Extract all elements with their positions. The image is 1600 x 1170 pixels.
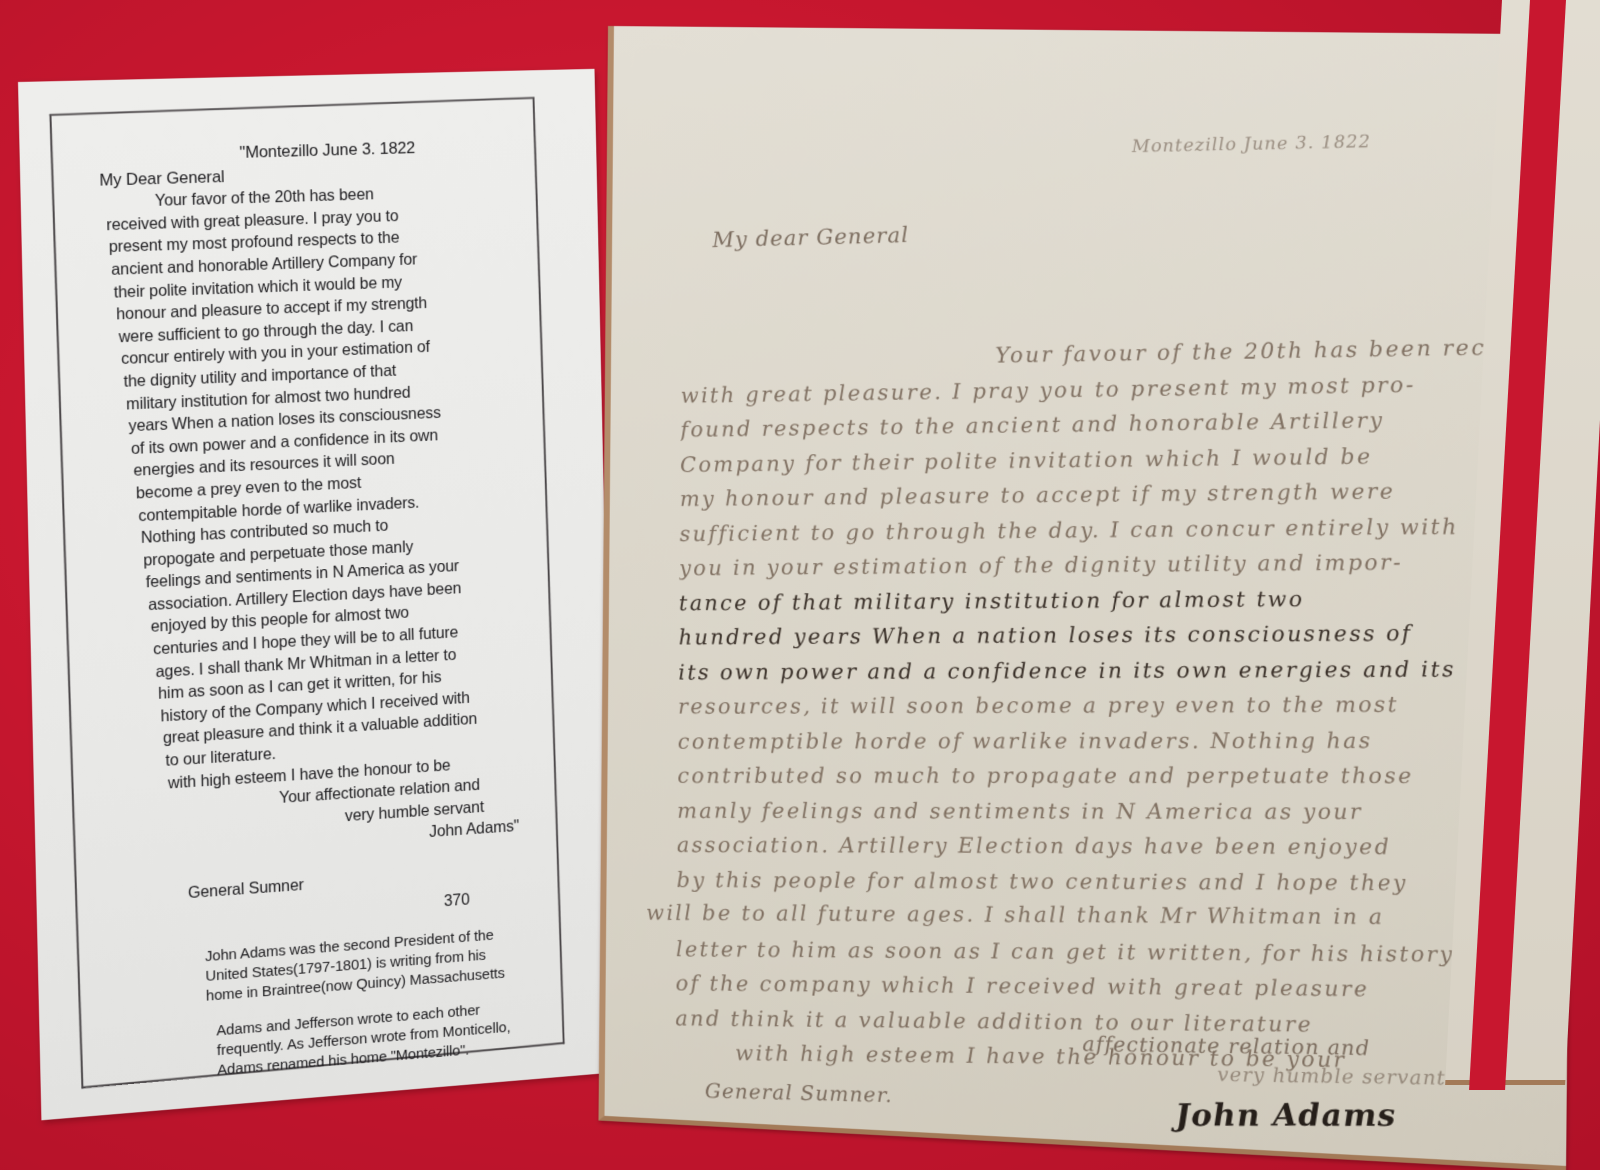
original-handwritten-letter: Montezillo June 3. 1822 My dear General … <box>598 26 1576 1170</box>
handwritten-line: tance of that military institution for a… <box>678 579 1539 620</box>
handwritten-line: manly feelings and sentiments in N Ameri… <box>677 793 1537 829</box>
letter-salutation: My dear General <box>712 223 910 252</box>
handwritten-line: will be to all future ages. I shall than… <box>646 896 1536 936</box>
transcription-text: "Montezillo June 3. 1822 My Dear General… <box>103 134 564 1089</box>
letter-date: Montezillo June 3. 1822 <box>1132 132 1372 158</box>
handwritten-line: resources, it will soon become a prey ev… <box>677 687 1537 725</box>
letter-addressee: General Sumner. <box>705 1078 893 1107</box>
letter-signature: John Adams <box>1174 1098 1397 1134</box>
letter-closing: very humble servant <box>1217 1064 1446 1090</box>
handwritten-line: association. Artillery Election days hav… <box>676 828 1536 866</box>
handwritten-line: contributed so much to propagate and per… <box>677 758 1537 794</box>
letter-closing: affectionate relation and <box>1082 1032 1370 1061</box>
handwritten-line: contemptible horde of warlike invaders. … <box>677 722 1537 758</box>
transcription-card: "Montezillo June 3. 1822 My Dear General… <box>18 69 616 1120</box>
handwritten-line: hundred years When a nation loses its co… <box>678 615 1539 655</box>
handwritten-line: its own power and a confidence in its ow… <box>678 651 1538 690</box>
letter-body: Your favour of the 20th has been receive… <box>675 344 1541 1113</box>
handwritten-line: by this people for almost two centuries … <box>676 862 1536 901</box>
historical-note-montezillo: Adams and Jefferson wrote to each other … <box>122 995 563 1089</box>
handwritten-line: you in your estimation of the dignity ut… <box>679 543 1540 585</box>
